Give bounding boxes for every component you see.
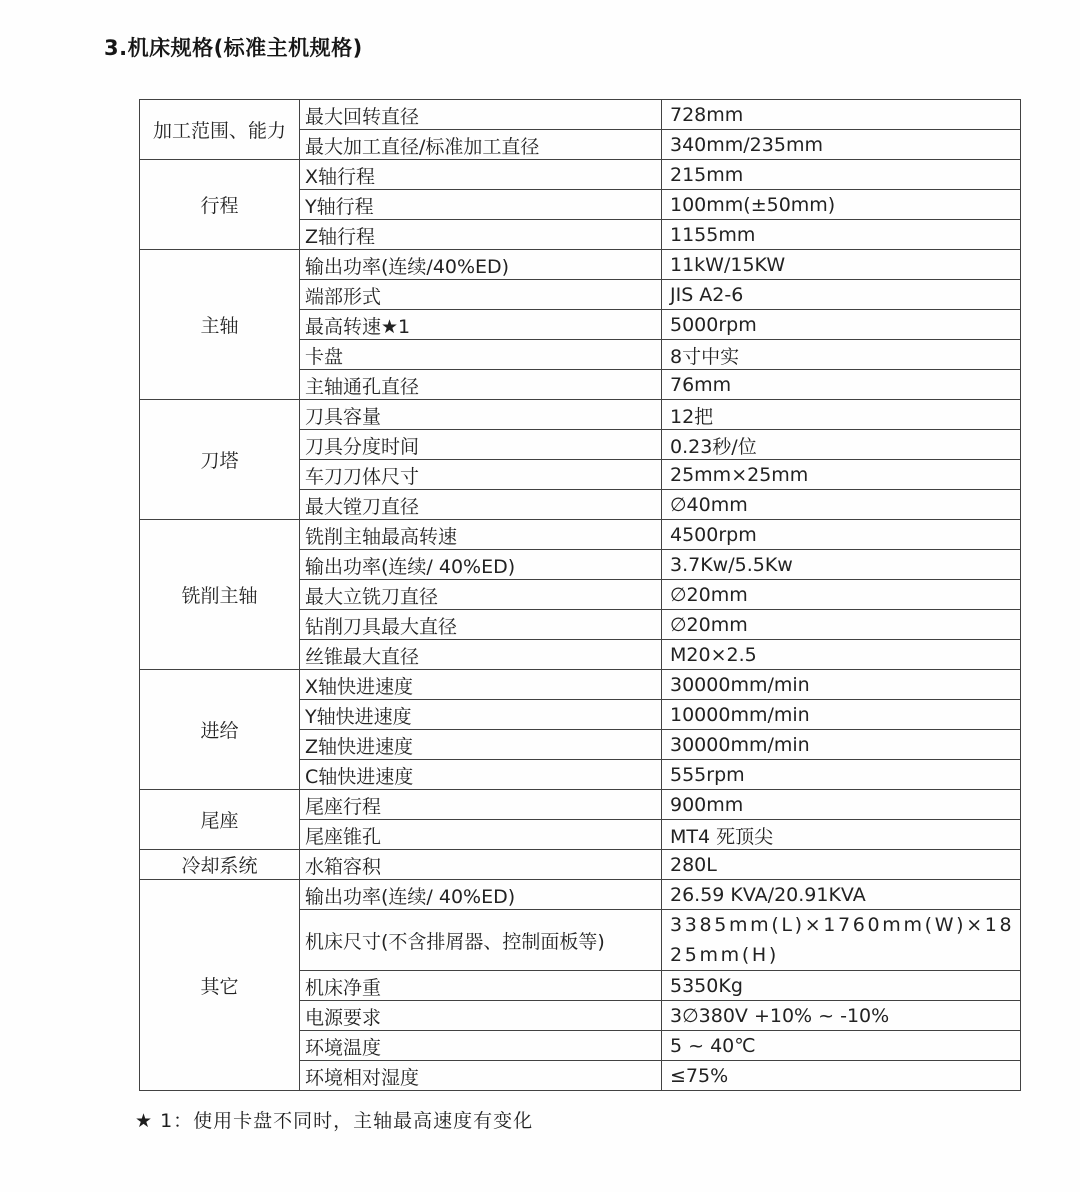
spec-value-cell: 3.7Kw/5.5Kw (662, 550, 1021, 580)
spec-value-cell: 728mm (662, 100, 1021, 130)
spec-table: 加工范围、能力最大回转直径728mm最大加工直径/标准加工直径340mm/235… (139, 99, 1021, 1091)
table-row: 加工范围、能力最大回转直径728mm (140, 100, 1021, 130)
document-page: 3.机床规格(标准主机规格) 加工范围、能力最大回转直径728mm最大加工直径/… (0, 0, 1080, 1192)
category-cell: 进给 (140, 670, 300, 790)
spec-value-cell: 1155mm (662, 220, 1021, 250)
spec-value-cell: JIS A2-6 (662, 280, 1021, 310)
spec-label-cell: Z轴行程 (300, 220, 662, 250)
spec-value-cell: 8寸中实 (662, 340, 1021, 370)
spec-label-cell: 刀具容量 (300, 400, 662, 430)
spec-label-cell: 输出功率(连续/ 40%ED) (300, 880, 662, 910)
spec-label-cell: 机床尺寸(不含排屑器、控制面板等) (300, 910, 662, 971)
category-cell: 刀塔 (140, 400, 300, 520)
spec-label-cell: 最大回转直径 (300, 100, 662, 130)
category-cell: 尾座 (140, 790, 300, 850)
spec-label-cell: 刀具分度时间 (300, 430, 662, 460)
spec-value-cell: ∅40mm (662, 490, 1021, 520)
spec-label-cell: 环境温度 (300, 1031, 662, 1061)
category-cell: 冷却系统 (140, 850, 300, 880)
spec-label-cell: 输出功率(连续/40%ED) (300, 250, 662, 280)
spec-label-cell: 卡盘 (300, 340, 662, 370)
spec-label-cell: 丝锥最大直径 (300, 640, 662, 670)
spec-value-cell: 25mm×25mm (662, 460, 1021, 490)
page-title: 3.机床规格(标准主机规格) (104, 32, 363, 62)
spec-value-cell: 10000mm/min (662, 700, 1021, 730)
spec-value-cell: 5350Kg (662, 971, 1021, 1001)
spec-label-cell: C轴快进速度 (300, 760, 662, 790)
spec-label-cell: Y轴快进速度 (300, 700, 662, 730)
spec-label-cell: 机床净重 (300, 971, 662, 1001)
category-cell: 铣削主轴 (140, 520, 300, 670)
table-row: 尾座尾座行程900mm (140, 790, 1021, 820)
spec-value-cell: 30000mm/min (662, 670, 1021, 700)
spec-label-cell: 电源要求 (300, 1001, 662, 1031)
spec-value-cell: 3385mm(L)×1760mm(W)×1825mm(H) (662, 910, 1021, 971)
table-row: 铣削主轴铣削主轴最高转速4500rpm (140, 520, 1021, 550)
spec-value-cell: 5000rpm (662, 310, 1021, 340)
spec-value-cell: 340mm/235mm (662, 130, 1021, 160)
spec-value-cell: 900mm (662, 790, 1021, 820)
spec-value-cell: 0.23秒/位 (662, 430, 1021, 460)
spec-label-cell: 水箱容积 (300, 850, 662, 880)
spec-label-cell: 端部形式 (300, 280, 662, 310)
spec-value-cell: 11kW/15KW (662, 250, 1021, 280)
spec-label-cell: 钻削刀具最大直径 (300, 610, 662, 640)
spec-label-cell: 主轴通孔直径 (300, 370, 662, 400)
spec-value-cell: 215mm (662, 160, 1021, 190)
spec-value-cell: 100mm(±50mm) (662, 190, 1021, 220)
table-row: 刀塔刀具容量12把 (140, 400, 1021, 430)
spec-label-cell: 尾座锥孔 (300, 820, 662, 850)
spec-value-cell: 30000mm/min (662, 730, 1021, 760)
spec-label-cell: Z轴快进速度 (300, 730, 662, 760)
spec-label-cell: Y轴行程 (300, 190, 662, 220)
spec-value-cell: ≤75% (662, 1061, 1021, 1091)
footnote: ★ 1：使用卡盘不同时，主轴最高速度有变化 (135, 1106, 533, 1133)
spec-value-cell: 555rpm (662, 760, 1021, 790)
table-row: 其它输出功率(连续/ 40%ED)26.59 KVA/20.91KVA (140, 880, 1021, 910)
spec-value-cell: ∅20mm (662, 580, 1021, 610)
table-row: 行程X轴行程215mm (140, 160, 1021, 190)
spec-value-cell: 4500rpm (662, 520, 1021, 550)
category-cell: 其它 (140, 880, 300, 1091)
spec-label-cell: 最高转速★1 (300, 310, 662, 340)
table-row: 主轴输出功率(连续/40%ED)11kW/15KW (140, 250, 1021, 280)
spec-value-cell: ∅20mm (662, 610, 1021, 640)
spec-label-cell: 环境相对湿度 (300, 1061, 662, 1091)
spec-value-cell: 3∅380V +10% ~ -10% (662, 1001, 1021, 1031)
category-cell: 行程 (140, 160, 300, 250)
category-cell: 加工范围、能力 (140, 100, 300, 160)
spec-label-cell: 车刀刀体尺寸 (300, 460, 662, 490)
spec-label-cell: 输出功率(连续/ 40%ED) (300, 550, 662, 580)
spec-value-cell: MT4 死顶尖 (662, 820, 1021, 850)
spec-value-cell: M20×2.5 (662, 640, 1021, 670)
spec-value-cell: 26.59 KVA/20.91KVA (662, 880, 1021, 910)
spec-value-cell: 280L (662, 850, 1021, 880)
spec-label-cell: 铣削主轴最高转速 (300, 520, 662, 550)
table-row: 冷却系统水箱容积280L (140, 850, 1021, 880)
category-cell: 主轴 (140, 250, 300, 400)
spec-label-cell: 尾座行程 (300, 790, 662, 820)
spec-label-cell: 最大镗刀直径 (300, 490, 662, 520)
spec-label-cell: 最大加工直径/标准加工直径 (300, 130, 662, 160)
spec-value-cell: 76mm (662, 370, 1021, 400)
spec-label-cell: X轴行程 (300, 160, 662, 190)
spec-label-cell: X轴快进速度 (300, 670, 662, 700)
spec-value-cell: 12把 (662, 400, 1021, 430)
spec-value-cell: 5 ~ 40℃ (662, 1031, 1021, 1061)
spec-table-body: 加工范围、能力最大回转直径728mm最大加工直径/标准加工直径340mm/235… (140, 100, 1021, 1091)
table-row: 进给X轴快进速度30000mm/min (140, 670, 1021, 700)
spec-label-cell: 最大立铣刀直径 (300, 580, 662, 610)
